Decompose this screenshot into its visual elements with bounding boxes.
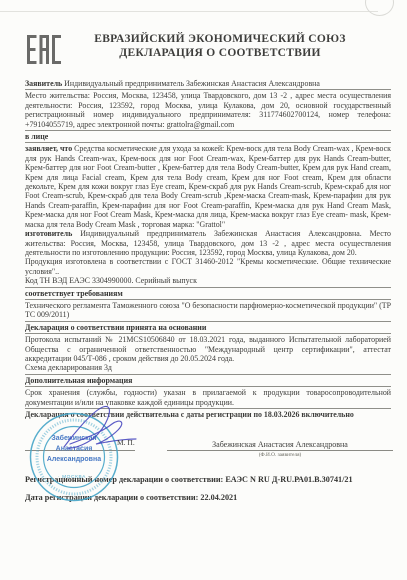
mp-seal-mark-label: М. П.: [117, 438, 135, 447]
manufacturer-paragraph: изготовитель Индивидуальный предпринимат…: [25, 229, 391, 257]
scan-corner-artifact: [365, 0, 394, 16]
applicant-label: Заявитель: [25, 79, 62, 88]
additional-info-heading: Дополнительная информация: [25, 376, 391, 385]
document-header: ЕВРАЗИЙСКИЙ ЭКОНОМИЧЕСКИЙ СОЮЗ ДЕКЛАРАЦИ…: [27, 33, 389, 69]
applicant-name: Индивидуальный предприниматель Забежинск…: [64, 79, 320, 88]
divider: [25, 287, 391, 288]
scan-top-line: [0, 11, 378, 12]
eac-logo-icon: [27, 35, 61, 69]
signer-name-line: [167, 450, 393, 451]
applicant-details: Место жительства: Россия, Москва, 123458…: [25, 91, 391, 129]
applicant-line: Заявитель Индивидуальный предприниматель…: [25, 79, 391, 88]
declares-label: заявляет, что: [25, 144, 72, 153]
divider: [25, 374, 391, 375]
divider: [25, 321, 391, 322]
registration-date-value: 22.04.2021: [200, 493, 237, 502]
document-body: Заявитель Индивидуальный предприниматель…: [25, 79, 391, 419]
compliance-text: Технического регламента Таможенного союз…: [25, 301, 391, 320]
manufacturer-text: Индивидуальный предприниматель Забежинск…: [25, 229, 391, 257]
declaration-products: заявляет, что Средства косметические для…: [25, 144, 391, 229]
manufacturer-label: изготовитель: [25, 229, 72, 238]
divider: [25, 299, 391, 300]
scheme-line: Схема декларирования 3д: [25, 363, 391, 372]
signer-caption: (Ф.И.О. заявителя): [167, 452, 393, 458]
divider: [25, 89, 391, 90]
basis-text: Протокола испытаний № 21MCS10506840 от 1…: [25, 335, 391, 363]
production-standard: Продукция изготовлена в соответствии с Г…: [25, 257, 391, 276]
basis-heading: Декларация о соответствии принята на осн…: [25, 323, 391, 332]
tnved-code-line: Код ТН ВЭД ЕАЭС 3304990000. Серийный вып…: [25, 276, 391, 285]
divider: [25, 386, 391, 387]
registration-number-value: ЕАЭС N RU Д-RU.РА01.В.30741/21: [225, 475, 352, 484]
document-titles: ЕВРАЗИЙСКИЙ ЭКОНОМИЧЕСКИЙ СОЮЗ ДЕКЛАРАЦИ…: [61, 33, 389, 60]
document-title: ДЕКЛАРАЦИЯ О СООТВЕТСТВИИ: [65, 47, 375, 61]
union-name: ЕВРАЗИЙСКИЙ ЭКОНОМИЧЕСКИЙ СОЮЗ: [65, 33, 375, 47]
divider: [25, 142, 391, 143]
in-person-line: в лице: [25, 132, 391, 141]
stamp-name-line3: Александровна: [47, 456, 101, 463]
stamp-city: · МОСКВА ·: [58, 474, 90, 480]
signer-name: Забежинская Анастасия Александровна: [167, 440, 393, 449]
divider: [25, 333, 391, 334]
products-text: Средства косметические для ухода за коже…: [25, 144, 391, 228]
declaration-document: ЕВРАЗИЙСКИЙ ЭКОНОМИЧЕСКИЙ СОЮЗ ДЕКЛАРАЦИ…: [0, 0, 407, 580]
divider: [25, 130, 391, 131]
compliance-heading: соответствует требованиям: [25, 289, 391, 298]
in-person-label: в лице: [25, 132, 48, 141]
